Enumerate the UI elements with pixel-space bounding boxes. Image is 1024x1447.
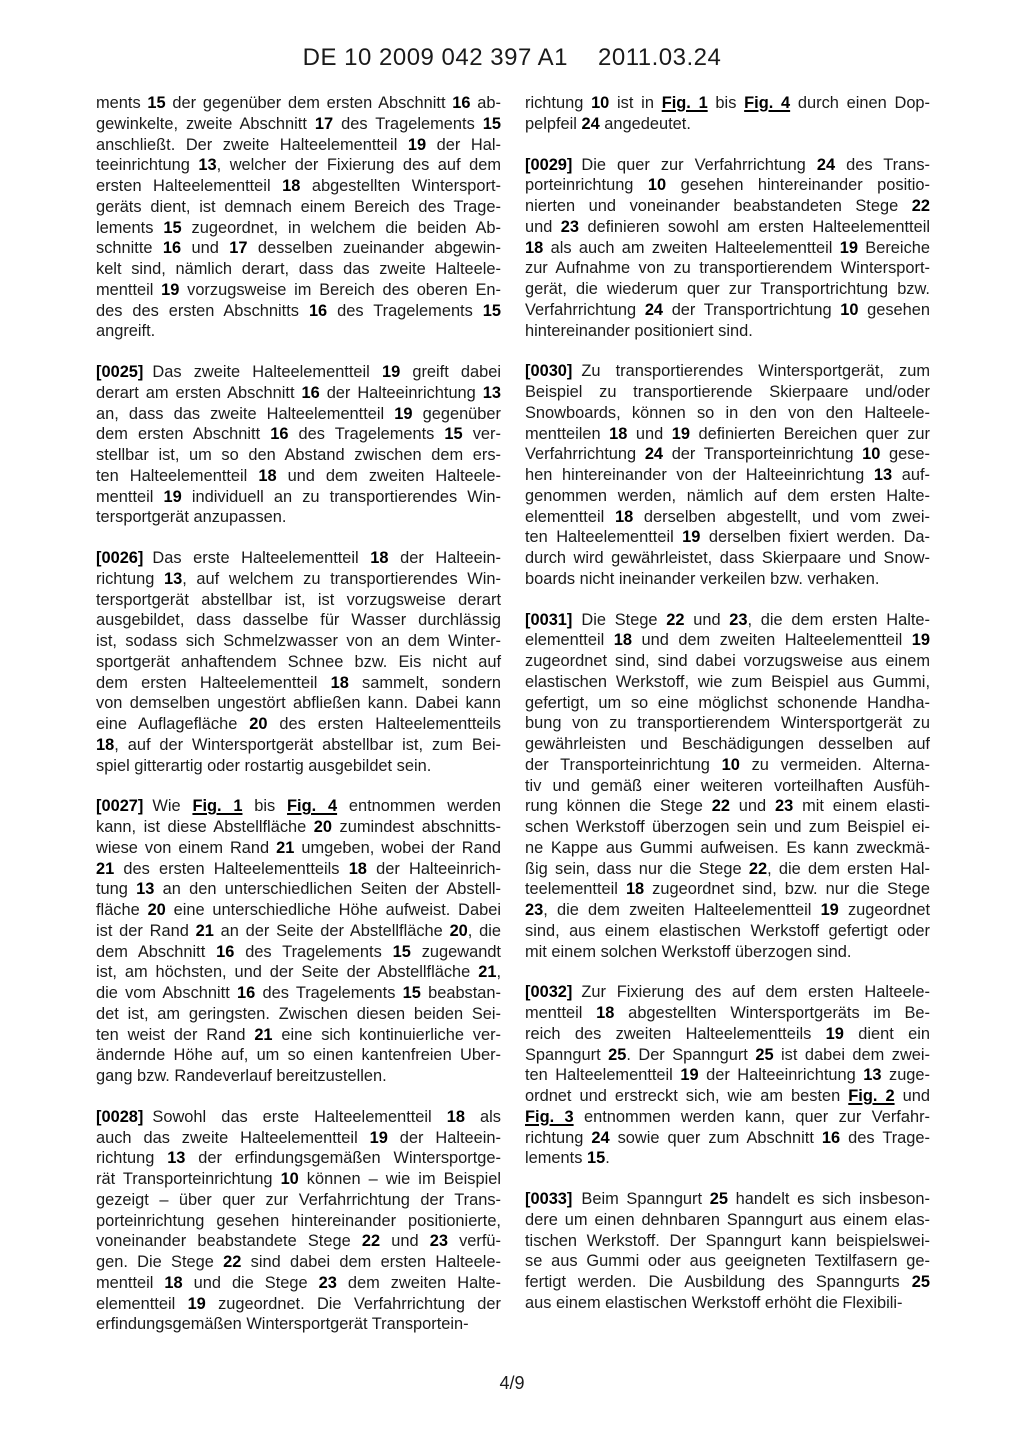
- reference-numeral: 24: [645, 445, 663, 463]
- text-segment: Verfahrrichtung: [525, 445, 645, 463]
- text-segment: mentteil: [96, 488, 164, 506]
- text-segment: Snowboards, können so in den von den Hal…: [525, 404, 930, 422]
- text-line: elementteil 18 derselben abgestellt, und…: [525, 507, 930, 528]
- reference-numeral: 21: [276, 839, 294, 857]
- text-segment: gewinkelte, zweite Abschnitt: [96, 115, 315, 133]
- reference-numeral: 16: [302, 384, 320, 402]
- text-line: richtung 10 ist in Fig. 1 bis Fig. 4 dur…: [525, 93, 930, 114]
- text-segment: der Halteein-: [389, 549, 501, 567]
- paragraph: [0032]Zur Fixierung des auf dem ersten H…: [525, 982, 930, 1169]
- text-line: von demselben ungestört abfließen kann. …: [96, 693, 501, 714]
- text-line: ments 15 der gegenüber dem ersten Abschn…: [96, 93, 501, 114]
- text-segment: fertigt werden. Die Ausbildung des Spann…: [525, 1273, 912, 1291]
- text-segment: desselben zueinander abgewin-: [247, 239, 501, 257]
- text-segment: det ist, am geringsten. Zwischen diesen …: [96, 1005, 501, 1023]
- text-segment: stellbar ist, um so den Abstand zwischen…: [96, 446, 501, 464]
- figure-reference: Fig. 2: [848, 1087, 894, 1105]
- text-segment: und: [895, 1087, 930, 1105]
- text-segment: , auf der Wintersportgerät abstellbar is…: [114, 736, 501, 754]
- text-line: ersten Halteelementteil 18 abgestellten …: [96, 176, 501, 197]
- text-line: gang bzw. Randeverlauf bereitzustellen.: [96, 1066, 501, 1087]
- text-line: hintereinander positioniert sind.: [525, 321, 930, 342]
- text-line: teeinrichtung 13, welcher der Fixierung …: [96, 155, 501, 176]
- text-segment: richtung: [525, 1129, 591, 1147]
- text-segment: elastischen Werkstoff, wie zum Beispiel …: [525, 673, 930, 691]
- text-segment: und: [730, 797, 775, 815]
- text-segment: ments: [96, 94, 147, 112]
- reference-numeral: 13: [164, 570, 182, 588]
- reference-numeral: 10: [281, 1170, 299, 1188]
- reference-numeral: 15: [147, 94, 165, 112]
- reference-numeral: 20: [148, 901, 166, 919]
- text-segment: Beim Spanngurt: [581, 1190, 709, 1208]
- text-line: gewährleisten und Beschädigungen desselb…: [525, 734, 930, 755]
- text-line: nierten und voneinander beabstandeten St…: [525, 196, 930, 217]
- text-segment: Zu transportierendes Wintersportgerät, z…: [581, 362, 930, 380]
- text-segment: ist der Rand: [96, 922, 196, 940]
- text-segment: richtung: [525, 94, 591, 112]
- text-line: erfindungsgemäßen Wintersportgerät Trans…: [96, 1314, 501, 1335]
- reference-numeral: 19: [826, 1025, 844, 1043]
- reference-numeral: 22: [749, 860, 767, 878]
- reference-numeral: 21: [254, 1026, 272, 1044]
- text-line: kann, ist diese Abstellfläche 20 zuminde…: [96, 817, 501, 838]
- text-line: ne Kappe aus Gummi aufweisen. Es kann zw…: [525, 838, 930, 859]
- text-segment: .: [605, 1149, 610, 1167]
- reference-numeral: 15: [483, 115, 501, 133]
- text-segment: gefertigt, um so eine möglichst schonend…: [525, 694, 930, 712]
- text-line: 21 des ersten Halteelementteils 18 der H…: [96, 859, 501, 880]
- text-line: boards nicht ineinander verkeilen bzw. v…: [525, 569, 930, 590]
- text-line: gezeigt – über quer zur Verfahrrichtung …: [96, 1190, 501, 1211]
- text-segment: dem zweiten Halte-: [337, 1274, 501, 1292]
- text-line: mentteil 18 abgestellten Wintersportgerä…: [525, 1003, 930, 1024]
- text-line: [0031]Die Stege 22 und 23, die dem erste…: [525, 610, 930, 631]
- reference-numeral: 13: [863, 1066, 881, 1084]
- reference-numeral: 10: [648, 176, 666, 194]
- paragraph: [0026]Das erste Halteelementteil 18 der …: [96, 548, 501, 776]
- reference-numeral: 18: [331, 674, 349, 692]
- text-line: [0026]Das erste Halteelementteil 18 der …: [96, 548, 501, 569]
- reference-numeral: 19: [408, 136, 426, 154]
- reference-numeral: 19: [682, 528, 700, 546]
- reference-numeral: 15: [403, 984, 421, 1002]
- reference-numeral: 24: [817, 156, 835, 174]
- reference-numeral: 19: [382, 363, 400, 381]
- text-line: die vom Abschnitt 16 des Tragelements 15…: [96, 983, 501, 1004]
- reference-numeral: 10: [862, 445, 880, 463]
- text-line: se aus Gummi oder aus geeigneten Textilf…: [525, 1251, 930, 1272]
- paragraph: [0029]Die quer zur Verfahrrichtung 24 de…: [525, 155, 930, 342]
- text-segment: dem ersten Halteelementteil: [96, 674, 331, 692]
- text-segment: dem Abschnitt: [96, 943, 216, 961]
- text-segment: se aus Gummi oder aus geeigneten Textilf…: [525, 1252, 930, 1270]
- paragraph-tag: [0025]: [96, 363, 143, 381]
- text-segment: tersportgerät abstellbar ist, ist vorzug…: [96, 591, 501, 609]
- text-segment: porteinrichtung gesehen hintereinander p…: [96, 1212, 501, 1230]
- text-segment: voneinander beabstandete Stege: [96, 1232, 362, 1250]
- text-line: anschließt. Der zweite Halteelementteil …: [96, 135, 501, 156]
- text-segment: rung können die Stege: [525, 797, 712, 815]
- text-segment: mentteil: [96, 1274, 164, 1292]
- reference-numeral: 22: [362, 1232, 380, 1250]
- reference-numeral: 13: [874, 466, 892, 484]
- reference-numeral: 16: [452, 94, 470, 112]
- text-segment: boards nicht ineinander verkeilen bzw. v…: [525, 570, 879, 588]
- reference-numeral: 19: [912, 631, 930, 649]
- text-segment: der Halteeinrich-: [367, 860, 501, 878]
- paragraph-tag: [0032]: [525, 983, 572, 1001]
- text-line: schen Werkstoff überzogen sein und zum B…: [525, 817, 930, 838]
- reference-numeral: 15: [444, 425, 462, 443]
- text-line: lements 15.: [525, 1148, 930, 1169]
- text-segment: hintereinander positioniert sind.: [525, 322, 753, 340]
- paragraph-tag: [0026]: [96, 549, 143, 567]
- text-line: dem Abschnitt 16 des Tragelements 15 zug…: [96, 942, 501, 963]
- text-segment: elementteil: [525, 508, 615, 526]
- text-line: porteinrichtung 10 gesehen hintereinande…: [525, 175, 930, 196]
- reference-numeral: 10: [722, 756, 740, 774]
- text-segment: bis: [242, 797, 287, 815]
- text-line: durch wird gewährleistet, dass Skierpaar…: [525, 548, 930, 569]
- text-segment: des des ersten Abschnitts: [96, 302, 309, 320]
- text-line: ordnet und erstreckt sich, wie am besten…: [525, 1086, 930, 1107]
- text-segment: bung von zu transportierendem Winterspor…: [525, 714, 930, 732]
- reference-numeral: 18: [370, 549, 388, 567]
- text-segment: gen. Die Stege: [96, 1253, 223, 1271]
- text-segment: kelt sind, nämlich derart, dass das zwei…: [96, 260, 501, 278]
- reference-numeral: 21: [96, 860, 114, 878]
- reference-numeral: 21: [478, 963, 496, 981]
- reference-numeral: 18: [609, 425, 627, 443]
- text-segment: hen hintereinander von der Halteeinricht…: [525, 466, 874, 484]
- text-line: [0029]Die quer zur Verfahrrichtung 24 de…: [525, 155, 930, 176]
- text-segment: gewährleisten und Beschädigungen desselb…: [525, 735, 930, 753]
- text-segment: derart am ersten Abschnitt: [96, 384, 302, 402]
- text-line: [0027]Wie Fig. 1 bis Fig. 4 entnommen we…: [96, 796, 501, 817]
- document-number: DE 10 2009 042 397 A1: [303, 44, 568, 72]
- reference-numeral: 15: [587, 1149, 605, 1167]
- reference-numeral: 13: [136, 880, 154, 898]
- text-segment: ,: [496, 963, 501, 981]
- text-line: ten weist der Rand 21 eine sich kontinui…: [96, 1025, 501, 1046]
- text-line: stellbar ist, um so den Abstand zwischen…: [96, 445, 501, 466]
- reference-numeral: 19: [161, 281, 179, 299]
- text-segment: ändernde Höhe auf, um so einen kantenfre…: [96, 1046, 501, 1064]
- text-line: derart am ersten Abschnitt 16 der Haltee…: [96, 383, 501, 404]
- text-segment: Die Stege: [581, 611, 666, 629]
- text-segment: an den unterschiedlichen Seiten der Abst…: [154, 880, 501, 898]
- text-segment: des Trans-: [835, 156, 930, 174]
- text-segment: greift dabei: [400, 363, 501, 381]
- text-segment: ersten Halteelementteil: [96, 177, 282, 195]
- text-segment: mentteilen: [525, 425, 609, 443]
- text-segment: entnommen werden: [337, 797, 501, 815]
- text-segment: des Trage-: [840, 1129, 930, 1147]
- text-segment: , die dem ersten Halte-: [748, 611, 930, 629]
- text-segment: der Transporteinrichtung: [663, 445, 862, 463]
- text-segment: Spanngurt: [525, 1046, 608, 1064]
- text-segment: und dem zweiten Halteele-: [277, 467, 501, 485]
- paragraph: richtung 10 ist in Fig. 1 bis Fig. 4 dur…: [525, 93, 930, 135]
- text-segment: eine unterschiedliche Höhe aufweist. Dab…: [166, 901, 501, 919]
- paragraph-tag: [0028]: [96, 1108, 143, 1126]
- text-line: Spanngurt 25. Der Spanngurt 25 ist dabei…: [525, 1045, 930, 1066]
- text-segment: zugeordnet sind, bzw. nur die Stege: [644, 880, 930, 898]
- paragraph-tag: [0029]: [525, 156, 572, 174]
- text-segment: gang bzw. Randeverlauf bereitzustellen.: [96, 1067, 387, 1085]
- figure-reference: Fig. 3: [525, 1108, 574, 1126]
- text-segment: , auf welchem zu transportierendes Win-: [182, 570, 501, 588]
- text-segment: zugeordnet: [839, 901, 930, 919]
- reference-numeral: 18: [525, 239, 543, 257]
- text-segment: anschließt. Der zweite Halteelementteil: [96, 136, 408, 154]
- text-segment: geräts dient, ist demnach einem Bereich …: [96, 198, 501, 216]
- text-line: richtung 13, auf welchem zu transportier…: [96, 569, 501, 590]
- text-segment: Das zweite Halteelementteil: [152, 363, 382, 381]
- text-segment: entnommen werden kann, quer zur Verfahr-: [574, 1108, 930, 1126]
- reference-numeral: 19: [370, 1129, 388, 1147]
- text-segment: bis: [708, 94, 744, 112]
- right-column: richtung 10 ist in Fig. 1 bis Fig. 4 dur…: [525, 93, 930, 1335]
- text-segment: , welcher der Fixierung des auf dem: [217, 156, 501, 174]
- reference-numeral: 16: [163, 239, 181, 257]
- text-line: [0025]Das zweite Halteelementteil 19 gre…: [96, 362, 501, 383]
- paragraph: [0031]Die Stege 22 und 23, die dem erste…: [525, 610, 930, 963]
- text-segment: reich des zweiten Halteelementteils: [525, 1025, 826, 1043]
- reference-numeral: 19: [840, 239, 858, 257]
- text-segment: , die dem ersten Hal-: [767, 860, 930, 878]
- reference-numeral: 19: [672, 425, 690, 443]
- text-segment: Sowohl das erste Halteelementteil: [152, 1108, 446, 1126]
- text-segment: erfindungsgemäßen Wintersportgerät Trans…: [96, 1315, 469, 1333]
- text-segment: eine Auflagefläche: [96, 715, 249, 733]
- text-segment: teelementteil: [525, 880, 626, 898]
- text-line: det ist, am geringsten. Zwischen diesen …: [96, 1004, 501, 1025]
- reference-numeral: 22: [223, 1253, 241, 1271]
- text-segment: des Tragelements: [255, 984, 402, 1002]
- text-line: 18, auf der Wintersportgerät abstellbar …: [96, 735, 501, 756]
- text-line: rung können die Stege 22 und 23 mit eine…: [525, 796, 930, 817]
- text-segment: rät Transporteinrichtung: [96, 1170, 281, 1188]
- text-segment: durch wird gewährleistet, dass Skierpaar…: [525, 549, 930, 567]
- text-segment: ordnet und erstreckt sich, wie am besten: [525, 1087, 848, 1105]
- page-footer: 4/9: [0, 1373, 1024, 1394]
- text-line: ist der Rand 21 an der Seite der Abstell…: [96, 921, 501, 942]
- text-line: hen hintereinander von der Halteeinricht…: [525, 465, 930, 486]
- text-segment: sind dabei dem ersten Halteele-: [241, 1253, 501, 1271]
- text-line: ausgebildet, dass dasselbe für Wasser du…: [96, 610, 501, 631]
- reference-numeral: 24: [582, 115, 600, 133]
- text-segment: der Hal-: [426, 136, 501, 154]
- text-segment: gese-: [880, 445, 930, 463]
- text-line: richtung 24 sowie quer zum Abschnitt 16 …: [525, 1128, 930, 1149]
- text-segment: und: [380, 1232, 430, 1250]
- text-segment: pelpfeil: [525, 115, 582, 133]
- text-segment: an, dass das zweite Halteelementteil: [96, 405, 394, 423]
- text-segment: zugewandt: [411, 943, 501, 961]
- page-header: DE 10 2009 042 397 A1 2011.03.24: [0, 44, 1024, 72]
- text-segment: Das erste Halteelementteil: [152, 549, 370, 567]
- reference-numeral: 25: [912, 1273, 930, 1291]
- text-segment: ver-: [463, 425, 501, 443]
- text-segment: richtung: [96, 1149, 167, 1167]
- text-segment: tischen Werkstoff. Der Spanngurt kann be…: [525, 1232, 930, 1250]
- text-line: fertigt werden. Die Ausbildung des Spann…: [525, 1272, 930, 1293]
- text-segment: zugeordnet, in welchem die beiden Ab-: [182, 219, 501, 237]
- reference-numeral: 18: [258, 467, 276, 485]
- text-segment: dere um einen dehnbaren Spanngurt aus ei…: [525, 1211, 930, 1229]
- text-segment: nierten und voneinander beabstandeten St…: [525, 197, 912, 215]
- reference-numeral: 16: [216, 943, 234, 961]
- reference-numeral: 20: [249, 715, 267, 733]
- text-line: mentteil 19 vorzugsweise im Bereich des …: [96, 280, 501, 301]
- reference-numeral: 18: [447, 1108, 465, 1126]
- reference-numeral: 16: [822, 1129, 840, 1147]
- text-line: Snowboards, können so in den von den Hal…: [525, 403, 930, 424]
- text-segment: schnitte: [96, 239, 163, 257]
- reference-numeral: 19: [188, 1295, 206, 1313]
- text-segment: ist, sodass sich Schmelzwasser von an de…: [96, 632, 501, 650]
- reference-numeral: 15: [483, 302, 501, 320]
- reference-numeral: 16: [270, 425, 288, 443]
- text-segment: angreift.: [96, 322, 155, 340]
- text-segment: kann, ist diese Abstellfläche: [96, 818, 314, 836]
- text-segment: und: [627, 425, 671, 443]
- reference-numeral: 18: [282, 177, 300, 195]
- reference-numeral: 25: [608, 1046, 626, 1064]
- paragraph-tag: [0031]: [525, 611, 572, 629]
- text-line: elementteil 19 zugeordnet. Die Verfahrri…: [96, 1294, 501, 1315]
- text-segment: angedeutet.: [600, 115, 691, 133]
- text-segment: tung: [96, 880, 136, 898]
- text-segment: ßig sein, dass nur die Stege: [525, 860, 749, 878]
- reference-numeral: 20: [314, 818, 332, 836]
- text-segment: derselben fixiert werden. Da-: [700, 528, 930, 546]
- text-segment: zugeordnet. Die Verfahrrichtung der: [206, 1295, 501, 1313]
- text-segment: vorzugsweise im Bereich des oberen En-: [179, 281, 501, 299]
- text-segment: als auch am zweiten Halteelementteil: [543, 239, 839, 257]
- text-line: eine Auflagefläche 20 des ersten Halteel…: [96, 714, 501, 735]
- text-line: gerät, die wiederum quer zur Transportri…: [525, 279, 930, 300]
- text-line: 18 als auch am zweiten Halteelementteil …: [525, 238, 930, 259]
- text-line: sind, aus einem elastischen Werkstoff ge…: [525, 921, 930, 942]
- text-line: gewinkelte, zweite Abschnitt 17 des Trag…: [96, 114, 501, 135]
- text-line: zugeordnet sind, sind dabei vorzugsweise…: [525, 651, 930, 672]
- text-segment: tersportgerät anzupassen.: [96, 508, 286, 526]
- text-segment: mentteil: [96, 281, 161, 299]
- reference-numeral: 21: [196, 922, 214, 940]
- text-segment: fläche: [96, 901, 148, 919]
- reference-numeral: 25: [710, 1190, 728, 1208]
- text-segment: und: [525, 218, 561, 236]
- text-line: Fig. 3 entnommen werden kann, quer zur V…: [525, 1107, 930, 1128]
- text-segment: können – wie im Beispiel: [299, 1170, 501, 1188]
- text-line: voneinander beabstandete Stege 22 und 23…: [96, 1231, 501, 1252]
- paragraph-tag: [0030]: [525, 362, 572, 380]
- text-segment: ten Halteelementteil: [525, 1066, 680, 1084]
- text-line: teelementteil 18 zugeordnet sind, bzw. n…: [525, 879, 930, 900]
- text-line: genommen werden, nämlich auf dem ersten …: [525, 486, 930, 507]
- text-line: mentteil 19 individuell an zu transporti…: [96, 487, 501, 508]
- reference-numeral: 18: [615, 508, 633, 526]
- text-segment: des Tragelements: [333, 115, 483, 133]
- text-segment: mit einem elasti-: [793, 797, 930, 815]
- text-segment: und: [181, 239, 229, 257]
- text-segment: der Transportrichtung: [663, 301, 840, 319]
- reference-numeral: 18: [164, 1274, 182, 1292]
- text-segment: elementteil: [525, 631, 614, 649]
- text-line: aus einem elastischen Werkstoff erhöht d…: [525, 1293, 930, 1314]
- text-segment: , die: [468, 922, 501, 940]
- text-segment: abgestellten Wintersportgeräts im Be-: [614, 1004, 930, 1022]
- text-line: ändernde Höhe auf, um so einen kantenfre…: [96, 1045, 501, 1066]
- text-segment: wiese von einem Rand: [96, 839, 276, 857]
- patent-page: DE 10 2009 042 397 A1 2011.03.24 ments 1…: [0, 0, 1024, 1447]
- paragraph: [0028]Sowohl das erste Halteelementteil …: [96, 1107, 501, 1335]
- text-segment: sind, aus einem elastischen Werkstoff ge…: [525, 922, 930, 940]
- reference-numeral: 18: [614, 631, 632, 649]
- reference-numeral: 13: [167, 1149, 185, 1167]
- reference-numeral: 19: [164, 488, 182, 506]
- text-line: tersportgerät anzupassen.: [96, 507, 501, 528]
- text-segment: eine sich kontinuierliche ver-: [273, 1026, 501, 1044]
- text-segment: ist dabei dem zwei-: [774, 1046, 930, 1064]
- text-segment: elementteil: [96, 1295, 188, 1313]
- page-number: 4/9: [499, 1373, 524, 1393]
- reference-numeral: 16: [309, 302, 327, 320]
- reference-numeral: 19: [394, 405, 412, 423]
- reference-numeral: 23: [430, 1232, 448, 1250]
- text-segment: zu vermeiden. Alterna-: [740, 756, 930, 774]
- text-line: schnitte 16 und 17 desselben zueinander …: [96, 238, 501, 259]
- text-segment: gerät, die wiederum quer zur Transportri…: [525, 280, 930, 298]
- text-segment: als: [465, 1108, 501, 1126]
- text-segment: des ersten Halteelementteils: [114, 860, 348, 878]
- text-line: dem ersten Abschnitt 16 des Tragelements…: [96, 424, 501, 445]
- text-segment: des ersten Halteelementteils: [268, 715, 501, 733]
- text-segment: ist in: [609, 94, 661, 112]
- text-segment: der gegenüber dem ersten Abschnitt: [166, 94, 453, 112]
- text-segment: zugeordnet sind, sind dabei vorzugsweise…: [525, 652, 930, 670]
- text-segment: genommen werden, nämlich auf dem ersten …: [525, 487, 930, 505]
- text-segment: und die Stege: [183, 1274, 319, 1292]
- text-line: wiese von einem Rand 21 umgeben, wobei d…: [96, 838, 501, 859]
- reference-numeral: 23: [319, 1274, 337, 1292]
- text-segment: ten Halteelementteil: [525, 528, 682, 546]
- text-segment: mentteil: [525, 1004, 596, 1022]
- text-line: porteinrichtung gesehen hintereinander p…: [96, 1211, 501, 1232]
- text-segment: sowie quer zum Abschnitt: [610, 1129, 822, 1147]
- text-segment: zumindest abschnitts-: [332, 818, 501, 836]
- reference-numeral: 23: [775, 797, 793, 815]
- reference-numeral: 13: [198, 156, 216, 174]
- text-line: tung 13 an den unterschiedlichen Seiten …: [96, 879, 501, 900]
- text-segment: dem ersten Abschnitt: [96, 425, 270, 443]
- text-line: Verfahrrichtung 24 der Transportrichtung…: [525, 300, 930, 321]
- text-line: mentteilen 18 und 19 definierten Bereich…: [525, 424, 930, 445]
- text-segment: definieren sowohl am ersten Halteelement…: [579, 218, 930, 236]
- text-line: tiv und gemäß einer weiteren vorteilhaft…: [525, 776, 930, 797]
- text-line: ten Halteelementteil 19 der Halteeinrich…: [525, 1065, 930, 1086]
- text-segment: lements: [525, 1149, 587, 1167]
- paragraph: [0025]Das zweite Halteelementteil 19 gre…: [96, 362, 501, 528]
- text-segment: gegenüber: [413, 405, 501, 423]
- text-segment: gezeigt – über quer zur Verfahrrichtung …: [96, 1191, 501, 1209]
- text-segment: des Tragelements: [288, 425, 444, 443]
- text-segment: umgeben, wobei der Rand: [294, 839, 501, 857]
- text-segment: Zur Fixierung des auf dem ersten Halteel…: [581, 983, 930, 1001]
